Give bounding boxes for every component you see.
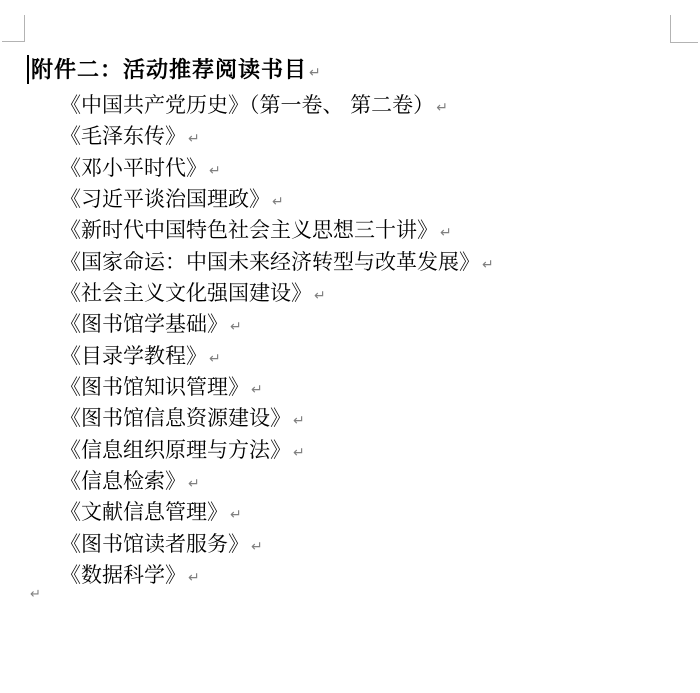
book-list-item[interactable]: 《习近平谈治国理政》↵ — [60, 184, 494, 215]
paragraph-mark-icon: ↵ — [230, 507, 242, 523]
book-list-item[interactable]: 《邓小平时代》↵ — [60, 153, 494, 184]
paragraph-mark-icon: ↵ — [440, 225, 452, 241]
paragraph-mark-icon: ↵ — [272, 194, 284, 210]
book-list-item[interactable]: 《毛泽东传》↵ — [60, 121, 494, 152]
paragraph-mark-icon: ↵ — [309, 65, 321, 81]
book-list-item[interactable]: 《新时代中国特色社会主义思想三十讲》↵ — [60, 215, 494, 246]
book-list-item[interactable]: 《图书馆知识管理》↵ — [60, 372, 494, 403]
book-list-item[interactable]: 《国家命运：中国未来经济转型与改革发展》↵ — [60, 247, 494, 278]
book-title: 《图书馆读者服务》 — [60, 532, 249, 556]
paragraph-mark-icon: ↵ — [314, 288, 326, 304]
paragraph-mark-icon: ↵ — [251, 539, 263, 555]
paragraph-mark-icon: ↵ — [30, 587, 41, 602]
paragraph-mark-icon: ↵ — [209, 351, 221, 367]
paragraph-mark-icon: ↵ — [436, 100, 448, 116]
book-list-item[interactable]: 《图书馆读者服务》↵ — [60, 529, 494, 560]
margin-crop-mark-top-right-icon — [670, 15, 698, 43]
book-list-item[interactable]: 《目录学教程》↵ — [60, 341, 494, 372]
book-title: 《习近平谈治国理政》 — [60, 187, 270, 211]
paragraph-mark-icon: ↵ — [188, 131, 200, 147]
book-list-item[interactable]: 《图书馆信息资源建设》↵ — [60, 403, 494, 434]
book-title: 《毛泽东传》 — [60, 124, 186, 148]
attachment-heading-row[interactable]: 附件二：活动推荐阅读书目↵ — [31, 55, 321, 85]
book-title: 《邓小平时代》 — [60, 156, 207, 180]
book-title: 《国家命运：中国未来经济转型与改革发展》 — [60, 250, 480, 274]
book-list-item[interactable]: 《中国共产党历史》（第一卷、 第二卷）↵ — [60, 90, 494, 121]
book-title: 《数据科学》 — [60, 563, 186, 587]
paragraph-mark-icon: ↵ — [293, 445, 305, 461]
book-title: 《新时代中国特色社会主义思想三十讲》 — [60, 218, 438, 242]
book-title: 《目录学教程》 — [60, 344, 207, 368]
book-title: 《中国共产党历史》（第一卷、 第二卷） — [60, 93, 434, 117]
word-document-page[interactable]: 附件二：活动推荐阅读书目↵ 《中国共产党历史》（第一卷、 第二卷）↵ 《毛泽东传… — [0, 0, 700, 693]
book-list-item[interactable]: 《文献信息管理》↵ — [60, 497, 494, 528]
paragraph-mark-icon: ↵ — [230, 319, 242, 335]
book-title: 《图书馆知识管理》 — [60, 375, 249, 399]
book-list: 《中国共产党历史》（第一卷、 第二卷）↵ 《毛泽东传》↵ 《邓小平时代》↵ 《习… — [60, 90, 494, 592]
book-title: 《社会主义文化强国建设》 — [60, 281, 312, 305]
book-title: 《信息组织原理与方法》 — [60, 438, 291, 462]
book-title: 《信息检索》 — [60, 469, 186, 493]
book-list-item[interactable]: 《信息组织原理与方法》↵ — [60, 435, 494, 466]
margin-crop-mark-top-left-icon — [2, 15, 25, 42]
attachment-heading: 附件二：活动推荐阅读书目 — [31, 57, 307, 83]
book-title: 《图书馆学基础》 — [60, 312, 228, 336]
book-list-item[interactable]: 《数据科学》↵ — [60, 560, 494, 591]
book-title: 《文献信息管理》 — [60, 500, 228, 524]
paragraph-mark-icon: ↵ — [209, 163, 221, 179]
changed-line-bar — [27, 55, 29, 84]
paragraph-mark-icon: ↵ — [188, 570, 200, 586]
book-list-item[interactable]: 《图书馆学基础》↵ — [60, 309, 494, 340]
empty-paragraph-row[interactable]: ↵ — [30, 584, 41, 602]
paragraph-mark-icon: ↵ — [293, 413, 305, 429]
book-list-item[interactable]: 《信息检索》↵ — [60, 466, 494, 497]
book-list-item[interactable]: 《社会主义文化强国建设》↵ — [60, 278, 494, 309]
paragraph-mark-icon: ↵ — [188, 476, 200, 492]
paragraph-mark-icon: ↵ — [482, 257, 494, 273]
book-title: 《图书馆信息资源建设》 — [60, 406, 291, 430]
paragraph-mark-icon: ↵ — [251, 382, 263, 398]
